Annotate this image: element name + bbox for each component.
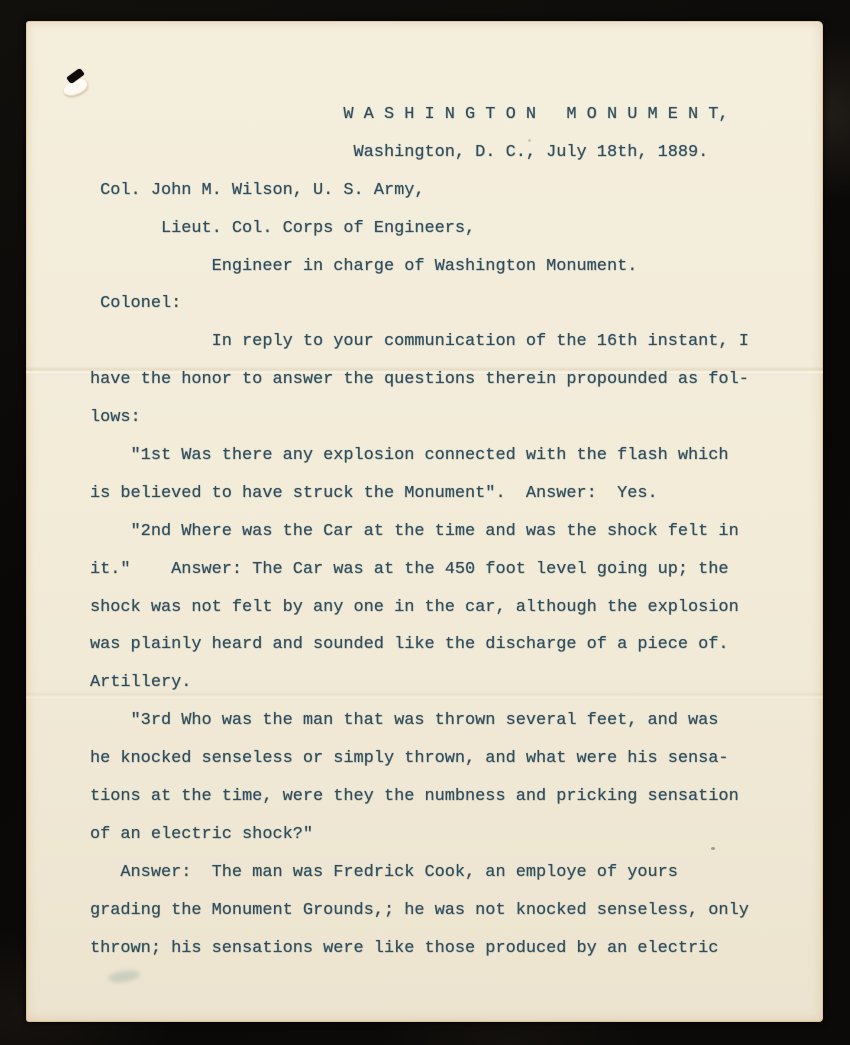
body-line: "3rd Who was the man that was thrown sev… <box>90 702 803 740</box>
body-line: grading the Monument Grounds,; he was no… <box>90 892 803 930</box>
dateline: Washington, D. C., July 18th, 1889. <box>90 134 803 172</box>
recipient-name: Col. John M. Wilson, U. S. Army, <box>90 172 803 210</box>
body-line: have the honor to answer the questions t… <box>90 361 803 399</box>
body-line: Artillery. <box>90 664 803 702</box>
body-line: "2nd Where was the Car at the time and w… <box>90 513 803 551</box>
body-line: tions at the time, were they the numbnes… <box>90 778 803 816</box>
body-line: "1st Was there any explosion connected w… <box>90 437 803 475</box>
body-line: shock was not felt by any one in the car… <box>90 589 803 627</box>
body-line: lows: <box>90 399 803 437</box>
body-line: In reply to your communication of the 16… <box>90 323 803 361</box>
body-line: of an electric shock?" <box>90 816 803 854</box>
letterhead-title: W A S H I N G T O N M O N U M E N T, <box>90 96 803 134</box>
recipient-title: Lieut. Col. Corps of Engineers, <box>90 210 803 248</box>
body-line: it." Answer: The Car was at the 450 foot… <box>90 551 803 589</box>
ink-smudge <box>107 969 140 984</box>
body-line: was plainly heard and sounded like the d… <box>90 626 803 664</box>
body-line: is believed to have struck the Monument"… <box>90 475 803 513</box>
salutation: Colonel: <box>90 285 803 323</box>
body-line: he knocked senseless or simply thrown, a… <box>90 740 803 778</box>
letter-page: W A S H I N G T O N M O N U M E N T, Was… <box>26 21 823 1022</box>
letter-text: W A S H I N G T O N M O N U M E N T, Was… <box>90 96 803 967</box>
body-line: thrown; his sensations were like those p… <box>90 930 803 968</box>
body-line: Answer: The man was Fredrick Cook, an em… <box>90 854 803 892</box>
recipient-role: Engineer in charge of Washington Monumen… <box>90 248 803 286</box>
